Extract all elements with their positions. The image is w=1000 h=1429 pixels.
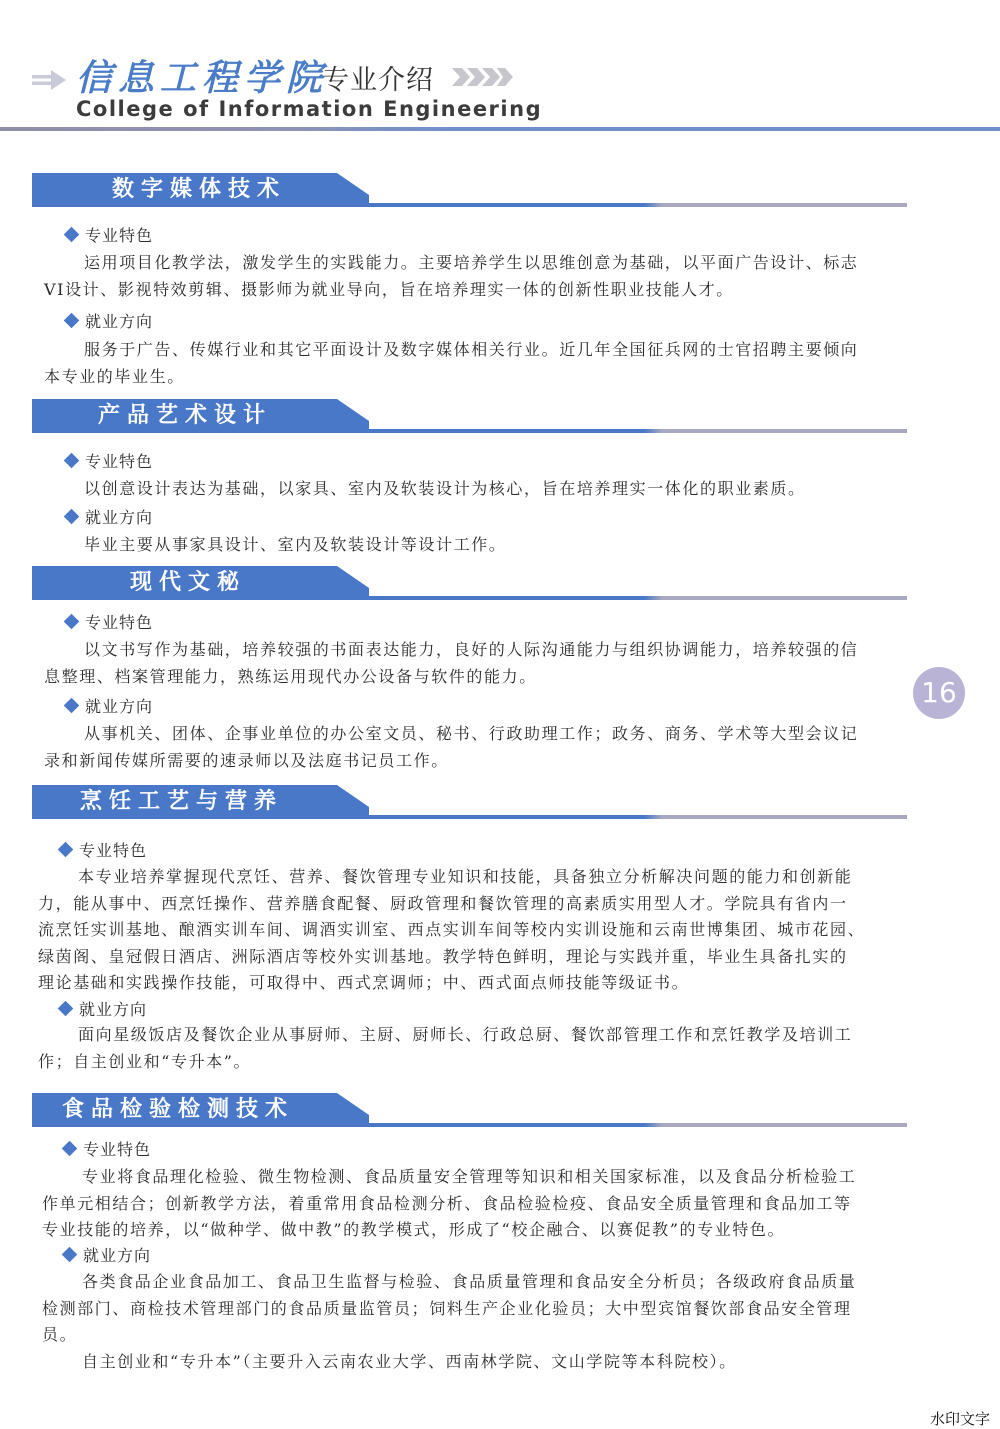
features-label: 专业特色	[85, 223, 153, 246]
career-text: 面向星级饭店及餐饮企业从事厨师、主厨、厨师长、行政总厨、餐饮部管理工作和烹饪教学…	[38, 1022, 898, 1075]
career-heading: 就业方向	[64, 694, 153, 717]
features-label: 专业特色	[85, 610, 153, 633]
career-label: 就业方向	[79, 997, 147, 1020]
features-heading: 专业特色	[64, 449, 153, 472]
career-heading: 就业方向	[64, 505, 153, 528]
diamond-bullet-icon	[58, 1001, 74, 1017]
college-title-en: College of Information Engineering	[76, 97, 542, 121]
diamond-bullet-icon	[64, 227, 80, 243]
page-subtitle: 专业介绍	[322, 58, 434, 97]
diamond-bullet-icon	[64, 698, 80, 714]
features-label: 专业特色	[85, 449, 153, 472]
section-title: 食品检验检测技术	[62, 1095, 294, 1125]
header-divider	[0, 127, 1000, 131]
features-label: 专业特色	[83, 1137, 151, 1160]
diamond-bullet-icon	[64, 614, 80, 630]
career-text: 毕业主要从事家具设计、室内及软装设计等设计工作。	[84, 532, 904, 559]
career-heading: 就业方向	[58, 997, 147, 1020]
diamond-bullet-icon	[64, 453, 80, 469]
diamond-bullet-icon	[64, 313, 80, 329]
diamond-bullet-icon	[62, 1247, 78, 1263]
career-text: 各类食品企业食品加工、食品卫生监督与检验、食品质量管理和食品安全分析员；各级政府…	[42, 1269, 902, 1375]
features-heading: 专业特色	[62, 1137, 151, 1160]
section-banner: 数字媒体技术	[32, 173, 907, 209]
section-title: 数字媒体技术	[112, 175, 286, 205]
arrow-right-icon	[32, 70, 66, 90]
features-text: 以创意设计表达为基础，以家具、室内及软装设计为核心，旨在培养理实一体化的职业素质…	[84, 476, 904, 503]
career-label: 就业方向	[85, 694, 153, 717]
section-title: 现代文秘	[130, 568, 246, 598]
section-title: 产品艺术设计	[98, 401, 272, 431]
career-label: 就业方向	[85, 505, 153, 528]
features-text: 专业将食品理化检验、微生物检测、食品质量安全管理等知识和相关国家标准，以及食品分…	[42, 1164, 902, 1244]
career-label: 就业方向	[85, 309, 153, 332]
section-banner: 食品检验检测技术	[32, 1093, 907, 1129]
chevrons-right-icon	[452, 66, 514, 88]
career-heading: 就业方向	[64, 309, 153, 332]
features-heading: 专业特色	[58, 838, 147, 861]
career-label: 就业方向	[83, 1243, 151, 1266]
career-text: 服务于广告、传媒行业和其它平面设计及数字媒体相关行业。近几年全国征兵网的士官招聘…	[44, 337, 904, 390]
features-text: 以文书写作为基础，培养较强的书面表达能力，良好的人际沟通能力与组织协调能力，培养…	[44, 637, 904, 690]
career-text: 从事机关、团体、企事业单位的办公室文员、秘书、行政助理工作；政务、商务、学术等大…	[44, 721, 904, 774]
college-title-cn: 信息工程学院	[76, 50, 328, 101]
features-heading: 专业特色	[64, 223, 153, 246]
diamond-bullet-icon	[62, 1141, 78, 1157]
diamond-bullet-icon	[58, 842, 74, 858]
section-banner: 烹饪工艺与营养	[32, 785, 907, 821]
features-heading: 专业特色	[64, 610, 153, 633]
section-banner: 现代文秘	[32, 566, 907, 602]
page-number-badge: 16	[913, 667, 965, 719]
features-text: 本专业培养掌握现代烹饪、营养、餐饮管理专业知识和技能，具备独立分析解决问题的能力…	[38, 864, 898, 997]
features-label: 专业特色	[79, 838, 147, 861]
section-title: 烹饪工艺与营养	[80, 787, 283, 817]
section-banner: 产品艺术设计	[32, 399, 907, 435]
watermark-text: 水印文字	[930, 1408, 990, 1429]
features-text: 运用项目化教学法，激发学生的实践能力。主要培养学生以思维创意为基础，以平面广告设…	[44, 250, 904, 303]
career-heading: 就业方向	[62, 1243, 151, 1266]
page-header: 信息工程学院 专业介绍 College of Information Engin…	[0, 0, 1000, 135]
diamond-bullet-icon	[64, 509, 80, 525]
